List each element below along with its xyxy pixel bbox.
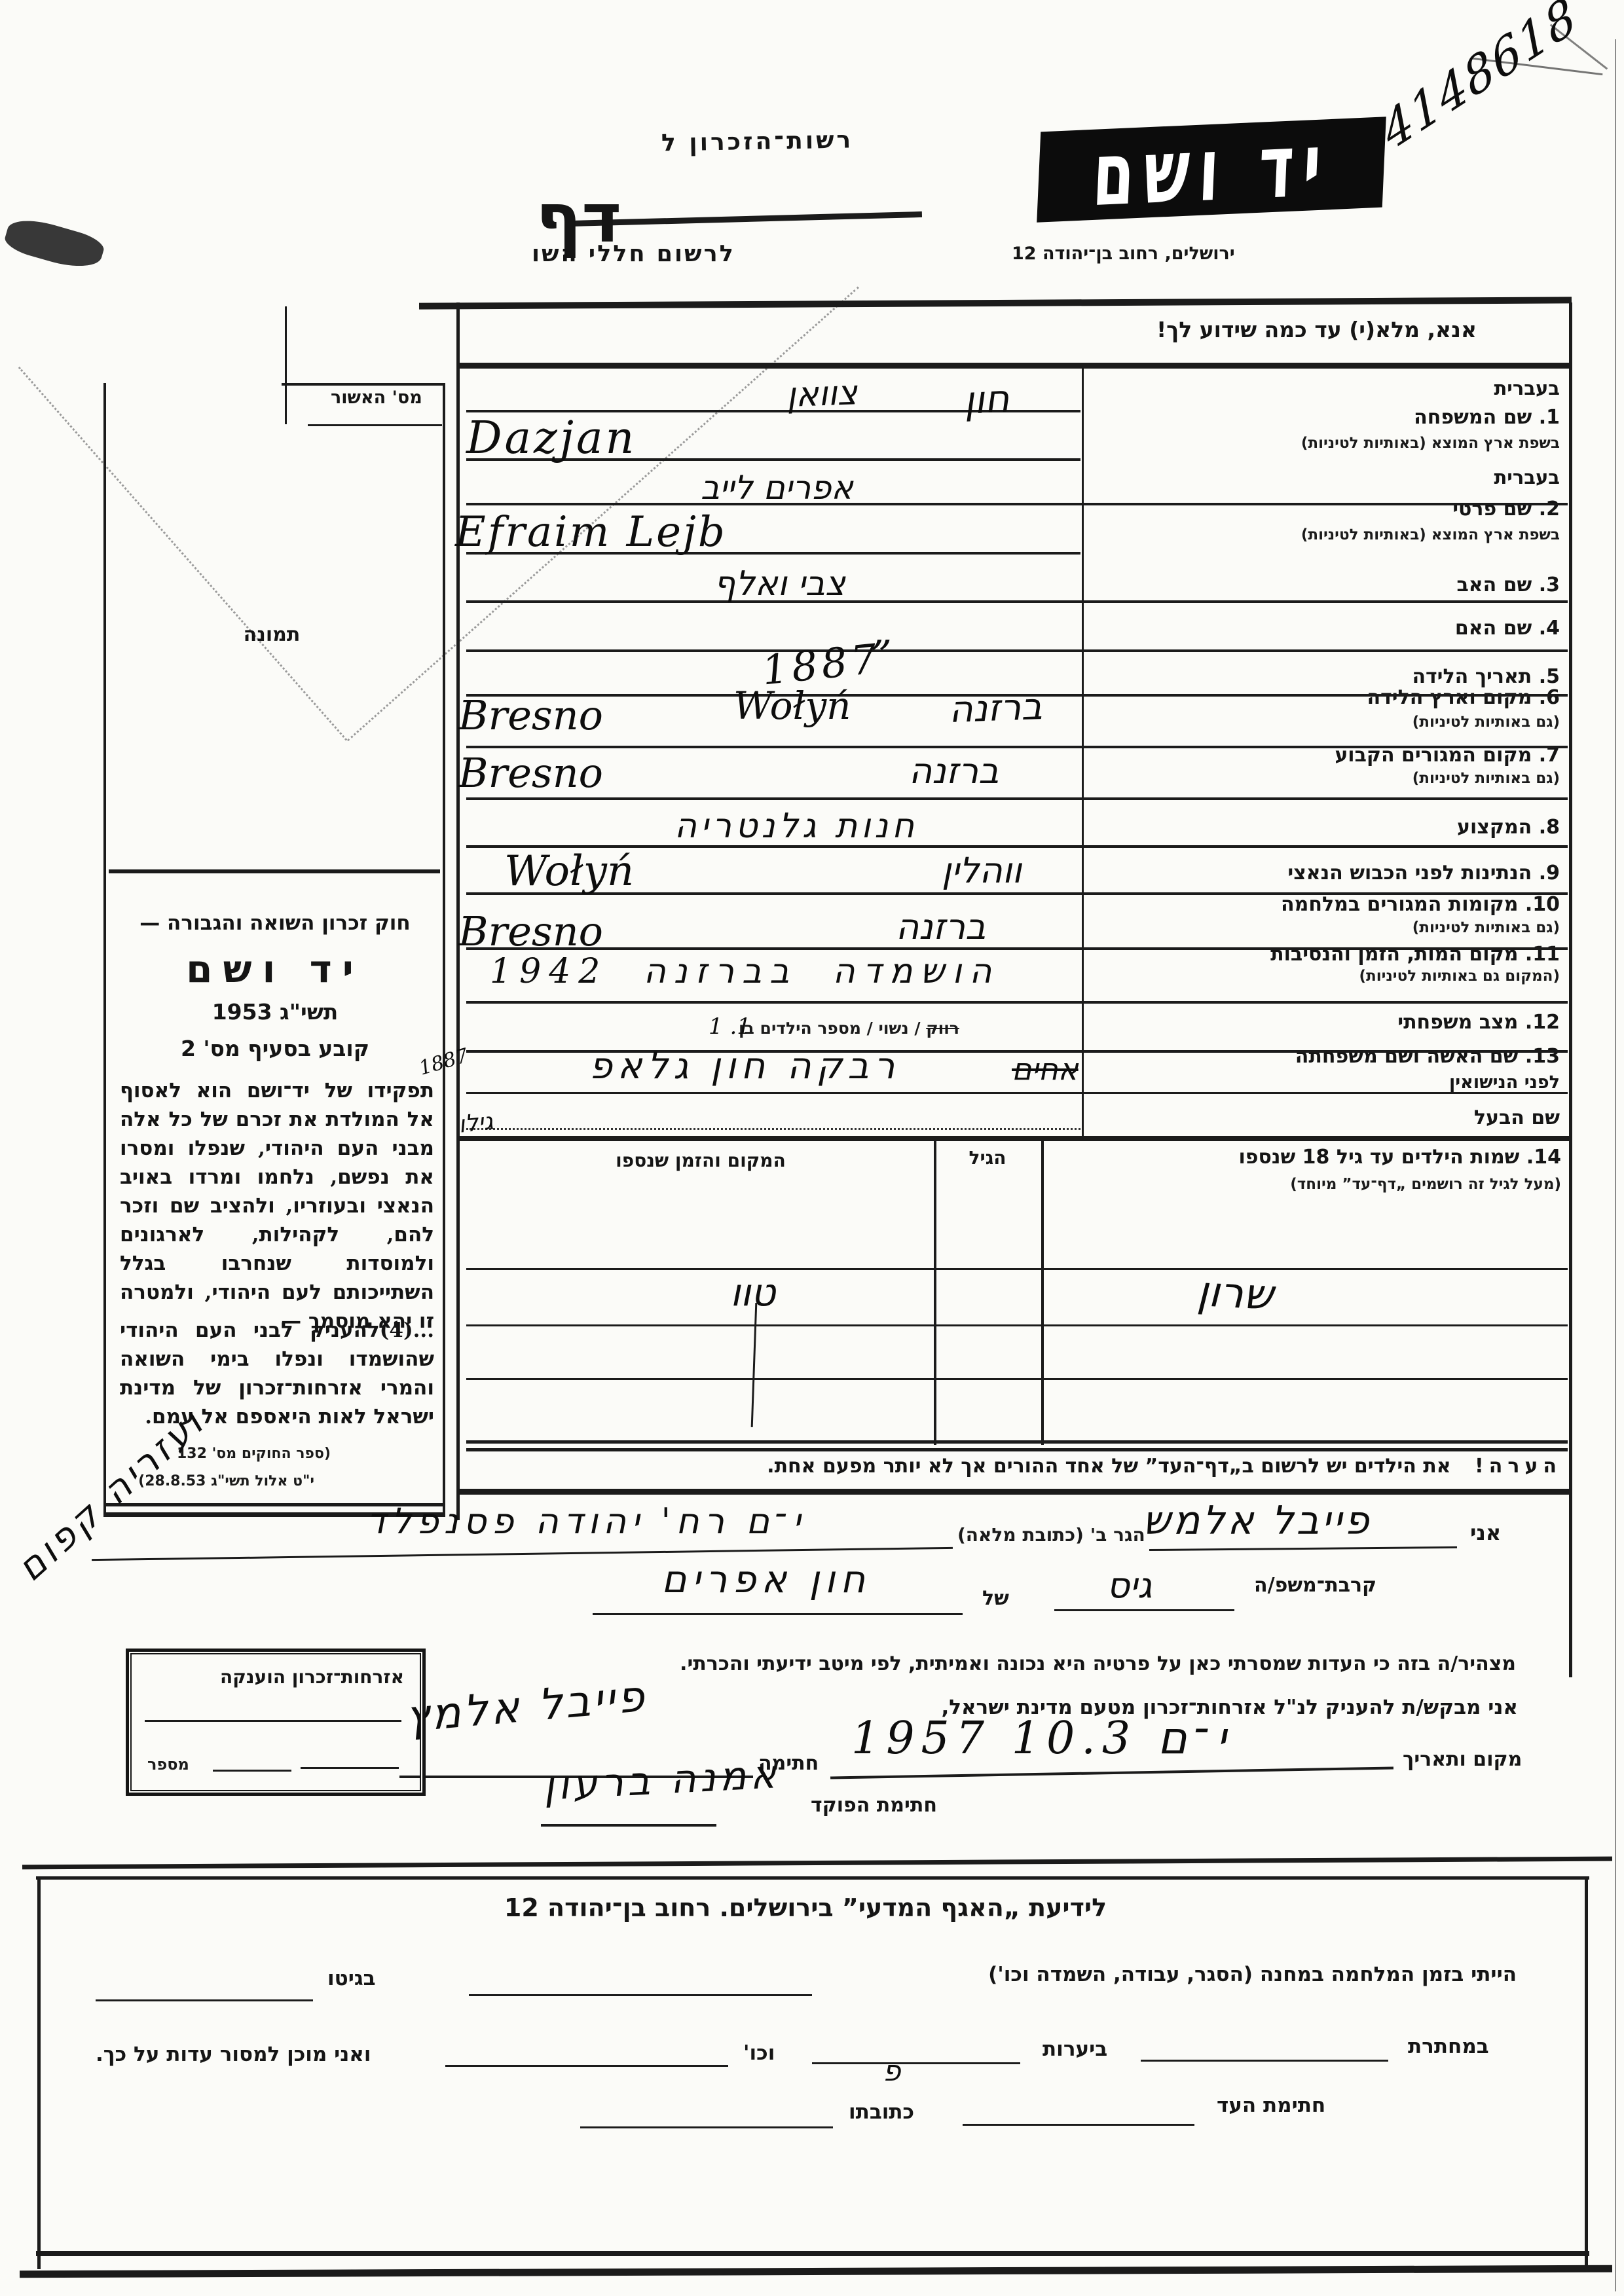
yad-vashem-logo: יד ושם <box>1037 117 1386 222</box>
hw-firstname-latin: Efraim Lejb <box>455 508 727 556</box>
row-rule <box>466 746 1568 748</box>
approval-rule <box>308 424 442 426</box>
etc-blank <box>445 2065 728 2067</box>
law-panel-top-rule <box>109 869 440 873</box>
hw-wife-struck: אחים <box>1012 1051 1079 1087</box>
husband-line <box>466 1128 1080 1130</box>
row-rule <box>466 503 1568 505</box>
registrar-label: חתימת הפוקד <box>811 1794 937 1817</box>
left-box-right-border <box>443 383 445 1514</box>
hw-footer-mark: פ <box>883 2054 900 2088</box>
hw-wartime-residence-hebrew: ברזנה <box>896 906 986 947</box>
field-12-label: 12. מצב משפחתי <box>1094 1011 1560 1034</box>
footer-willing-label: ואני מוכן למסור עדות על כך. <box>96 2043 371 2066</box>
table-vline <box>1041 1141 1044 1445</box>
field-11-sub: (המקום גם באותיות לטיניות) <box>1094 968 1560 985</box>
children-table-sub: (מעל לגיל זה רושמים „דף־עד” מיוחד) <box>1050 1176 1561 1193</box>
hw-surname-hebrew: חון <box>963 376 1010 423</box>
left-box-left-border <box>103 383 106 1514</box>
hw-birthplace-latin-2: Bresno <box>458 691 603 739</box>
witness-signature-label: חתימת העד <box>1217 2094 1325 2117</box>
hw-file-number: 4148618 <box>1375 0 1585 162</box>
hw-surname-hebrew-2: צוואן <box>786 373 858 415</box>
hw-signature: פייבל אלמץ <box>403 1671 649 1742</box>
stamp-line <box>145 1720 401 1722</box>
field-6-label: 6. מקום וארץ הלידה <box>1094 686 1560 709</box>
hw-victim-name: חון אפרים <box>661 1557 870 1601</box>
law-paragraph-1: תפקידו של יד־ושם הוא לאסוף אל המולדת את … <box>120 1076 434 1336</box>
form-heavy-rule <box>458 363 1570 369</box>
relation-line <box>1054 1609 1234 1611</box>
hw-citizenship-latin: Wołyń <box>504 847 634 896</box>
hw-surname-latin: Dazjan <box>466 412 637 464</box>
law-year: תשי"ג 1953 <box>111 999 439 1025</box>
hw-father-name: צבי ואלף <box>714 564 845 604</box>
field-1-sub: בשפת ארץ המוצא (באותיות לטיניות) <box>1094 435 1560 452</box>
law-title: חוק זכרון השואה והגבורה — <box>111 911 439 935</box>
underground-blank <box>1141 2060 1388 2062</box>
col-place-header: המקום והזמן שנספו <box>498 1150 904 1171</box>
citizenship-stamp-box: אזרחות־זכרון הוענקה מספר <box>126 1649 426 1796</box>
hw-birthplace-latin: Wołyń <box>733 683 851 728</box>
name-line <box>1149 1546 1457 1551</box>
hw-wife-note-age: גילו <box>457 1108 494 1138</box>
field-9-label: 9. הנתינות לפני הכבוש הנאצי <box>1094 862 1560 884</box>
declarant-i-label: אני <box>1470 1520 1501 1545</box>
label-separator <box>1082 364 1084 1138</box>
table-row-rule <box>466 1268 1568 1270</box>
hw-death-place: הושמדה בברזנה 1942 <box>490 952 999 991</box>
table-bottom-rule <box>466 1440 1568 1444</box>
hw-profession: חנות גלנטריה <box>674 807 918 846</box>
photo-label: תמונה <box>232 623 311 646</box>
table-top-rule <box>458 1136 1570 1141</box>
hw-registrar-signature: אמנה ברעון <box>542 1751 781 1810</box>
hw-citizenship-hebrew: ווהלין <box>942 850 1022 891</box>
footer-ghetto-label: בגיטו <box>327 1967 376 1990</box>
of-label: של <box>982 1587 1009 1610</box>
col-age-header: הגיל <box>934 1147 1041 1169</box>
camp-blank <box>469 1994 812 1996</box>
field-5-label: 5. תאריך הלידה <box>1094 665 1560 688</box>
hw-relation: גיס <box>1107 1565 1152 1606</box>
hw-residence-hebrew: ברזנה <box>909 750 999 792</box>
field-4-label: 4. שם האם <box>1094 617 1560 640</box>
stamp-number-line <box>213 1770 291 1772</box>
approval-box-line <box>285 306 287 424</box>
hw-children-count: 1 .1 <box>709 1013 751 1040</box>
scanned-testimony-page: רשות־הזכרון ל דף לרשום חללי השו יד ושם י… <box>0 0 1624 2296</box>
footer-right-border <box>1585 1876 1588 2269</box>
hw-declarant-name: פייבל אלמש <box>1143 1498 1372 1544</box>
field-1-lang: בעברית <box>1094 377 1560 399</box>
place-date-label: מקום ותאריך <box>1403 1748 1522 1771</box>
field-2-lang: בעברית <box>1094 466 1560 488</box>
field-3-label: 3. שם האב <box>1094 574 1560 596</box>
form-top-border <box>419 297 1572 309</box>
footer-title: לידיעת „האגף המדעי” בירושלים. רחוב בן־יה… <box>354 1893 1257 1922</box>
stamp-line2 <box>301 1767 399 1769</box>
witness-address-label: כתובתו <box>849 2100 914 2124</box>
hw-wife-name: רבקה חון גלאפ <box>589 1045 900 1087</box>
fold-crease-left <box>18 367 348 740</box>
field-2-sub: בשפת ארץ המוצא (באותיות לטיניות) <box>1094 526 1560 543</box>
form-instruction: אנא, מלא(י) עד כמה שידוע לך! <box>1054 317 1477 342</box>
table-vline <box>934 1141 936 1445</box>
option-single: רווק <box>926 1019 959 1038</box>
footer-underground-label: במחתרת <box>1408 2035 1489 2058</box>
field-6-sub: (גם באותיות לטיניות) <box>1094 714 1560 731</box>
hw-child-place: טוו <box>730 1270 775 1315</box>
hw-firstname-hebrew: אפרים לייב <box>701 469 853 507</box>
date-line <box>830 1766 1393 1779</box>
registrar-line <box>541 1824 716 1827</box>
authority-title-partial: רשות־הזכרון ל <box>661 126 854 156</box>
children-table-label: 14. שמות הילדים עד גיל 18 שנספו <box>1050 1146 1561 1169</box>
footer-bottom-rule <box>36 2251 1589 2256</box>
stamp-number-label: מספר <box>147 1755 189 1774</box>
table-bottom-rule2 <box>466 1448 1568 1451</box>
witness-address-blank <box>580 2126 833 2128</box>
field-1-label: 1. שם המשפחה <box>1094 406 1560 429</box>
field-11-label: 11. מקום המות, הזמן והנסיבות <box>1094 943 1560 966</box>
form-right-border <box>1569 302 1572 1677</box>
scan-edge-line <box>1615 39 1616 2291</box>
ink-smudge <box>2 213 106 274</box>
pen-stroke <box>751 1303 758 1427</box>
field-13-label: 13. שם האשה ושם משפחתה <box>1094 1045 1560 1068</box>
row-rule <box>466 1001 1568 1004</box>
note-prefix: הערה! <box>1475 1455 1562 1478</box>
row-rule <box>466 797 1568 800</box>
law-name: יד ושם <box>111 947 439 991</box>
hw-birthplace-hebrew: ברזנה <box>948 685 1043 731</box>
field-2-label: 2. שם פרטי <box>1094 498 1560 520</box>
hw-wartime-residence-latin: Bresno <box>458 907 603 955</box>
note-line: הערה! את הילדים יש לרשום ב„דף־העד” של אח… <box>478 1455 1562 1478</box>
hw-residence-latin: Bresno <box>458 749 603 797</box>
row-rule <box>466 600 1568 603</box>
stamp-title: אזרחות־זכרון הוענקה <box>220 1666 404 1688</box>
hw-child-name: שרון <box>1196 1267 1274 1320</box>
field-10-label: 10. מקומות המגורים במלחמה <box>1094 893 1560 916</box>
option-married: / נשוי / מספר הילדים בן <box>739 1019 926 1038</box>
footer-line1: הייתי בזמן המלחמה במחנה (הסגר, עבודה, הש… <box>842 1963 1517 1986</box>
law-paragraph-2: ‏...(4)להעניק לבני העם היהודי שהושמדו ונ… <box>120 1316 434 1431</box>
row-rule <box>466 1092 1568 1094</box>
field-13-sub: לפני הנישואין <box>1094 1072 1560 1093</box>
field-7-sub: (גם באותיות לטיניות) <box>1094 770 1560 787</box>
footer-top-rule <box>22 1857 1612 1870</box>
hw-margin-overflow: ועזריה קפום <box>9 1400 213 1590</box>
left-box-top-border <box>282 383 445 386</box>
row-rule <box>466 649 1568 652</box>
law-section: קובע בסעיף מס' 2 <box>111 1036 439 1061</box>
hw-declarant-address: י־ם רח' יהודה פסנפלד <box>367 1501 806 1542</box>
footer-top-rule2 <box>36 1876 1589 1880</box>
victim-line <box>593 1613 963 1615</box>
footer-forests-label: ביערות <box>1043 2037 1107 2061</box>
field-10-sub: (גם באותיות לטיניות) <box>1094 919 1560 936</box>
husband-label: שם הבעל <box>1094 1106 1560 1129</box>
form-subtitle-partial: לרשום חללי השו <box>532 241 735 267</box>
yad-vashem-logo-text: יד ושם <box>1090 113 1332 225</box>
hw-place-date: י־ם 10.3 1957 <box>851 1713 1233 1764</box>
row-rule <box>466 947 1568 950</box>
ghetto-blank <box>96 1999 313 2001</box>
form-bottom-heavy-rule <box>458 1489 1570 1495</box>
footer-left-border <box>37 1876 41 2269</box>
header-address: ירושלים, רחוב בן־יהודה 12 <box>1012 244 1235 264</box>
approval-number-label: מס' האשור <box>331 388 422 408</box>
note-body: את הילדים יש לרשום ב„דף־העד” של אחד ההור… <box>767 1455 1450 1478</box>
forests-blank <box>812 2062 1020 2064</box>
footer-etc-label: וכו' <box>743 2041 775 2065</box>
witness-signature-blank <box>963 2124 1194 2126</box>
field-8-label: 8. המקצוע <box>1094 816 1560 839</box>
table-row-rule <box>466 1378 1568 1380</box>
table-row-rule <box>466 1324 1568 1326</box>
resident-label: הגר ב' (כתובת מלאה) <box>957 1524 1145 1546</box>
footer-bottom-rule2 <box>20 2265 1612 2278</box>
relation-label: קרבת־משפ/ה <box>1254 1574 1376 1597</box>
field-12-options: רווק / נשוי / מספר הילדים בן <box>739 1019 959 1038</box>
